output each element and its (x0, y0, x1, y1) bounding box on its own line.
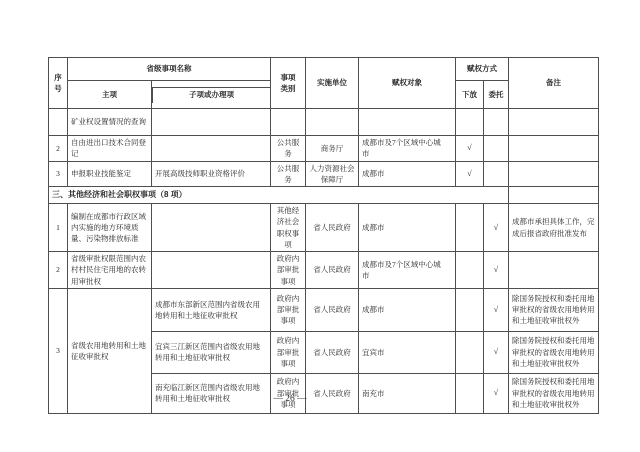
cell-unit: 人力资源社会保障厅 (306, 161, 359, 187)
cell-category: 政府内部审批事项 (271, 331, 306, 373)
cell-main: 申报职业技能鉴定 (68, 161, 152, 187)
col-header-category: 事项类别 (271, 58, 306, 109)
cell-seq: 2 (49, 252, 68, 289)
cell-target: 成都市及7个区域中心城市 (359, 252, 456, 289)
authorization-matters-table: 序号 省级事项名称 事项类别 实施单位 赋权对象 赋权方式 备注 主项 子项或办… (48, 57, 599, 414)
col-header-sub-item-label: 子项或办理项 (189, 89, 234, 100)
cell-unit: 省人民政府 (306, 331, 359, 373)
cell-target: 成都市 (359, 204, 456, 252)
cell-down (456, 288, 484, 331)
cell-entrust (484, 136, 509, 162)
cell-category: 公共服务 (271, 136, 306, 162)
cell-entrust (484, 161, 509, 187)
cell-main: 矿业权设置情况的查询 (68, 109, 152, 136)
page-number: — 26 — (0, 394, 580, 404)
cell-entrust: √ (484, 288, 509, 331)
cell-entrust: √ (484, 331, 509, 373)
table-row: 3 申报职业技能鉴定 开展高级技师职业资格评价 公共服务 人力资源社会保障厅 成… (49, 161, 599, 187)
col-header-target: 赋权对象 (359, 58, 456, 109)
table-row: 1 编制在成都市行政区域内实施的地方环境质量、污染物排放标准 其他经济社会职权事… (49, 204, 599, 252)
cell-category: 公共服务 (271, 161, 306, 187)
table-row: 2 自由进出口技术合同登记 公共服务 商务厅 成都市及7个区域中心城市 √ (49, 136, 599, 162)
cell-entrust (484, 109, 509, 136)
cell-remark: 除国务院授权和委托用地审批权的省级农用地转用和土地征收审批权外 (509, 331, 599, 373)
cell-remark (509, 161, 599, 187)
cell-target: 成都市 (359, 288, 456, 331)
cell-category (271, 109, 306, 136)
col-header-method-group: 赋权方式 (456, 58, 509, 81)
col-header-sub-item: 子项或办理项 (152, 81, 271, 109)
table-row-group-first: 3 省级农用地转用和土地征收审批权 成都市东部新区范围内省级农用地转用和土地征收… (49, 288, 599, 331)
cell-unit: 省人民政府 (306, 252, 359, 289)
cell-entrust: √ (484, 204, 509, 252)
cell-entrust: √ (484, 252, 509, 289)
table-header: 序号 省级事项名称 事项类别 实施单位 赋权对象 赋权方式 备注 主项 子项或办… (49, 58, 599, 109)
col-header-main-item: 主项 (68, 81, 152, 109)
table-row-continued: 矿业权设置情况的查询 (49, 109, 599, 136)
cell-target: 成都市及7个区域中心城市 (359, 136, 456, 162)
table-row: 2 省级审批权限范围内农村村民住宅用地的农转用审批权 政府内部审批事项 省人民政… (49, 252, 599, 289)
document-page: 序号 省级事项名称 事项类别 实施单位 赋权对象 赋权方式 备注 主项 子项或办… (0, 0, 640, 452)
col-header-category-label: 事项类别 (280, 72, 297, 95)
col-header-seq-label: 序号 (54, 72, 63, 95)
col-header-down: 下放 (456, 81, 484, 109)
cell-remark (509, 252, 599, 289)
cell-sub: 宜宾三江新区范围内省级农用地转用和土地征收审批权 (152, 331, 271, 373)
cell-down (456, 204, 484, 252)
cell-unit: 省人民政府 (306, 288, 359, 331)
cell-sub: 成都市东部新区范围内省级农用地转用和土地征收审批权 (152, 288, 271, 331)
cell-unit (306, 109, 359, 136)
cell-remark (509, 136, 599, 162)
cell-remark (509, 187, 599, 204)
cell-category: 政府内部审批事项 (271, 252, 306, 289)
col-header-entrust: 委托 (484, 81, 509, 109)
header-row-1: 序号 省级事项名称 事项类别 实施单位 赋权对象 赋权方式 备注 (49, 58, 599, 81)
cell-remark: 除国务院授权和委托用地审批权的省级农用地转用和土地征收审批权外 (509, 288, 599, 331)
cell-category: 政府内部审批事项 (271, 288, 306, 331)
col-header-sub-item-box: 子项或办理项 (152, 87, 270, 103)
cell-seq: 1 (49, 204, 68, 252)
cell-sub: 开展高级技师职业资格评价 (152, 161, 271, 187)
section-title: 三、其他经济和社会职权事项（8 项） (49, 187, 509, 204)
cell-down (456, 331, 484, 373)
col-header-remark: 备注 (509, 58, 599, 109)
cell-remark: 成都市承担具体工作，完成后报省政府批准发布 (509, 204, 599, 252)
cell-sub (152, 204, 271, 252)
cell-remark (509, 109, 599, 136)
section-header-row: 三、其他经济和社会职权事项（8 项） (49, 187, 599, 204)
cell-down (456, 252, 484, 289)
table-body: 矿业权设置情况的查询 2 自由进出口技术合同登记 公共服务 商务厅 成都市及7个… (49, 109, 599, 414)
cell-seq (49, 109, 68, 136)
cell-target (359, 109, 456, 136)
cell-category: 其他经济社会职权事项 (271, 204, 306, 252)
cell-main: 自由进出口技术合同登记 (68, 136, 152, 162)
cell-seq: 2 (49, 136, 68, 162)
cell-main: 编制在成都市行政区域内实施的地方环境质量、污染物排放标准 (68, 204, 152, 252)
cell-sub (152, 136, 271, 162)
col-header-name-group: 省级事项名称 (68, 58, 271, 81)
cell-sub (152, 252, 271, 289)
cell-down: √ (456, 161, 484, 187)
cell-main: 省级审批权限范围内农村村民住宅用地的农转用审批权 (68, 252, 152, 289)
cell-down (456, 109, 484, 136)
cell-sub (152, 109, 271, 136)
cell-unit: 省人民政府 (306, 204, 359, 252)
cell-target: 成都市 (359, 161, 456, 187)
cell-target: 宜宾市 (359, 331, 456, 373)
cell-seq: 3 (49, 161, 68, 187)
cell-down: √ (456, 136, 484, 162)
col-header-seq: 序号 (49, 58, 68, 109)
cell-unit: 商务厅 (306, 136, 359, 162)
col-header-unit: 实施单位 (306, 58, 359, 109)
